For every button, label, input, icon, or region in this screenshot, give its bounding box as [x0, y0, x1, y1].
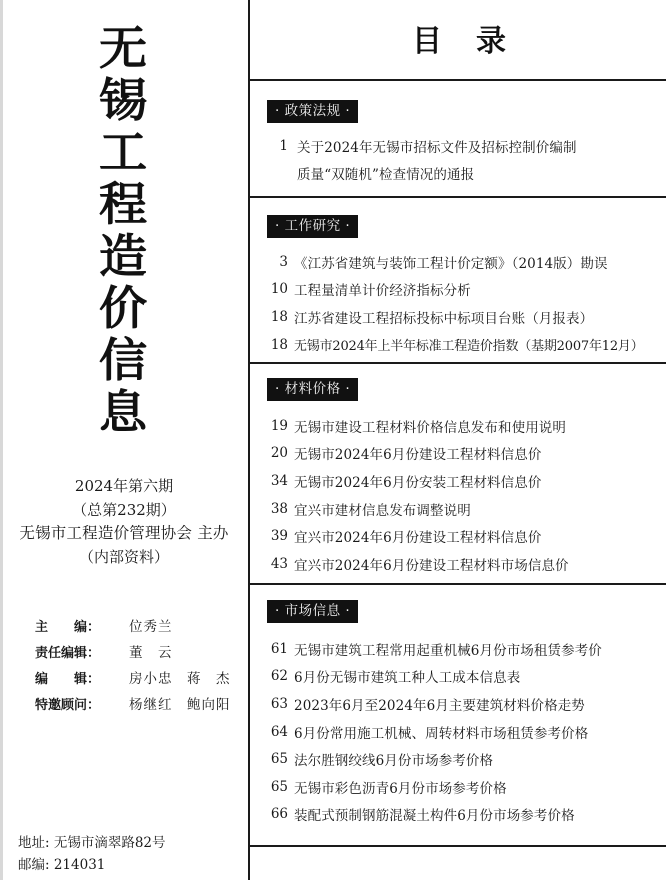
contact-info: 地址: 无锡市滴翠路82号 邮编: 214031: [18, 832, 166, 876]
toc-page-number: 3: [250, 254, 294, 270]
credit-label: 责任编辑：: [35, 642, 129, 661]
toc-item[interactable]: 34 无锡市2024年6月份安装工程材料信息价: [250, 467, 666, 495]
toc-item-continuation[interactable]: 质量“双随机”检查情况的通报: [250, 160, 666, 188]
toc-list: 3 《江苏省建筑与装饰工程计价定额》（2014版）勘误 10 工程量清单计价经济…: [250, 248, 666, 358]
toc-page-number: 34: [250, 473, 294, 489]
credit-row-advisors: 特邀顾问： 杨继红 鲍向阳: [35, 690, 231, 716]
address: 地址: 无锡市滴翠路82号: [18, 832, 166, 854]
postcode: 邮编: 214031: [18, 854, 166, 876]
toc-entry-title: 《江苏省建筑与装饰工程计价定额》（2014版）勘误: [294, 252, 608, 272]
internal-note: （内部资料）: [0, 546, 248, 570]
toc-page-number: 66: [250, 806, 294, 822]
credit-value: 杨继红 鲍向阳: [129, 693, 231, 713]
toc-item[interactable]: 43 宜兴市2024年6月份建设工程材料市场信息价: [250, 550, 666, 578]
toc-entry-title: 6月份无锡市建筑工种人工成本信息表: [294, 666, 520, 686]
toc-entry-title: 质量“双随机”检查情况的通报: [297, 163, 474, 183]
toc-entry-title: 无锡市2024年6月份安装工程材料信息价: [294, 471, 541, 491]
toc-page-number: 64: [250, 724, 294, 740]
toc-item[interactable]: 3 《江苏省建筑与装饰工程计价定额》（2014版）勘误: [250, 248, 666, 276]
toc-list: 1 关于2024年无锡市招标文件及招标控制价编制 质量“双随机”检查情况的通报: [250, 132, 666, 187]
credit-value: 位秀兰: [129, 615, 173, 635]
toc-page-number: 65: [250, 779, 294, 795]
toc-entry-title: 2023年6月至2024年6月主要建筑材料价格走势: [294, 694, 585, 714]
toc-page-number: 65: [250, 751, 294, 767]
toc-entry-title: 无锡市建设工程材料价格信息发布和使用说明: [294, 416, 566, 436]
toc-list: 19 无锡市建设工程材料价格信息发布和使用说明 20 无锡市2024年6月份建设…: [250, 412, 666, 578]
title-char: 息: [99, 386, 147, 438]
toc-page-number: 18: [250, 309, 294, 325]
toc-item[interactable]: 66 装配式预制钢筋混凝土构件6月份市场参考价格: [250, 801, 666, 829]
section-tag: · 市场信息 ·: [267, 600, 358, 623]
toc-page-number: 20: [250, 445, 294, 461]
credit-row-editors: 编 辑： 房小忠 蒋 杰: [35, 664, 231, 690]
toc-item[interactable]: 39 宜兴市2024年6月份建设工程材料信息价: [250, 522, 666, 550]
toc-item[interactable]: 64 6月份常用施工机械、周转材料市场租赁参考价格: [250, 718, 666, 746]
toc-page-number: 43: [250, 556, 294, 572]
toc-item[interactable]: 18 无锡市2024年上半年标准工程造价指数（基期2007年12月）: [250, 331, 666, 359]
toc-item[interactable]: 38 宜兴市建材信息发布调整说明: [250, 495, 666, 523]
toc-page-number: 62: [250, 668, 294, 684]
total-issue-number: （总第232期）: [0, 499, 248, 523]
title-char: 信: [99, 334, 147, 386]
toc-item[interactable]: 63 2023年6月至2024年6月主要建筑材料价格走势: [250, 690, 666, 718]
toc-list: 61 无锡市建筑工程常用起重机械6月份市场租赁参考价 62 6月份无锡市建筑工种…: [250, 635, 666, 828]
toc-entry-title: 6月份常用施工机械、周转材料市场租赁参考价格: [294, 722, 588, 742]
toc-item[interactable]: 18 江苏省建设工程招标投标中标项目台账（月报表）: [250, 303, 666, 331]
page-edge: [0, 0, 3, 880]
toc-item[interactable]: 65 法尔胜钢绞线6月份市场参考价格: [250, 745, 666, 773]
toc-entry-title: 工程量清单计价经济指标分析: [294, 279, 471, 299]
issue-info: 2024年第六期 （总第232期） 无锡市工程造价管理协会 主办 （内部资料）: [0, 475, 248, 569]
toc-item[interactable]: 62 6月份无锡市建筑工种人工成本信息表: [250, 663, 666, 691]
editorial-credits: 主 编： 位秀兰 责任编辑： 董 云 编 辑： 房小忠 蒋 杰 特邀顾问： 杨继…: [35, 612, 231, 716]
toc-item[interactable]: 1 关于2024年无锡市招标文件及招标控制价编制: [250, 132, 666, 160]
toc-entry-title: 宜兴市2024年6月份建设工程材料信息价: [294, 526, 541, 546]
toc-page-number: 18: [250, 337, 294, 353]
toc-section-material-prices: · 材料价格 · 19 无锡市建设工程材料价格信息发布和使用说明 20 无锡市2…: [250, 364, 666, 583]
toc-entry-title: 宜兴市建材信息发布调整说明: [294, 499, 471, 519]
title-char: 锡: [99, 74, 147, 126]
toc-entry-title: 无锡市2024年上半年标准工程造价指数（基期2007年12月）: [294, 335, 644, 354]
toc-page-number: 61: [250, 641, 294, 657]
credit-label: 特邀顾问：: [35, 694, 129, 713]
toc-page-number: 38: [250, 501, 294, 517]
toc-entry-title: 装配式预制钢筋混凝土构件6月份市场参考价格: [294, 804, 575, 824]
cover-column: 无 锡 工 程 造 价 信 息 2024年第六期 （总第232期） 无锡市工程造…: [0, 0, 248, 880]
toc-entry-title: 法尔胜钢绞线6月份市场参考价格: [294, 749, 493, 769]
divider: [250, 845, 666, 847]
credit-value: 房小忠 蒋 杰: [129, 667, 231, 687]
section-tag: · 工作研究 ·: [267, 215, 358, 238]
title-char: 价: [99, 282, 147, 334]
organizer: 无锡市工程造价管理协会 主办: [0, 522, 248, 546]
title-char: 无: [99, 22, 147, 74]
toc-item[interactable]: 20 无锡市2024年6月份建设工程材料信息价: [250, 440, 666, 468]
toc-section-market-info: · 市场信息 · 61 无锡市建筑工程常用起重机械6月份市场租赁参考价 62 6…: [250, 585, 666, 845]
publication-title: 无 锡 工 程 造 价 信 息: [92, 22, 154, 438]
toc-item[interactable]: 61 无锡市建筑工程常用起重机械6月份市场租赁参考价: [250, 635, 666, 663]
section-tag: · 政策法规 ·: [267, 100, 358, 123]
toc-page-number: 63: [250, 696, 294, 712]
table-of-contents: 目录 · 政策法规 · 1 关于2024年无锡市招标文件及招标控制价编制 质量“…: [248, 0, 666, 880]
credit-label: 编 辑：: [35, 668, 129, 687]
title-char: 工: [99, 126, 147, 178]
toc-title: 目录: [250, 0, 666, 80]
title-char: 程: [99, 178, 147, 230]
toc-page-number: 1: [250, 138, 297, 154]
toc-entry-title: 江苏省建设工程招标投标中标项目台账（月报表）: [294, 307, 593, 327]
toc-page-number: 39: [250, 528, 294, 544]
toc-item[interactable]: 65 无锡市彩色沥青6月份市场参考价格: [250, 773, 666, 801]
toc-item[interactable]: 10 工程量清单计价经济指标分析: [250, 276, 666, 304]
credit-label: 主 编：: [35, 616, 129, 635]
toc-section-research: · 工作研究 · 3 《江苏省建筑与装饰工程计价定额》（2014版）勘误 10 …: [250, 198, 666, 362]
toc-page-number: 10: [250, 281, 294, 297]
toc-item[interactable]: 19 无锡市建设工程材料价格信息发布和使用说明: [250, 412, 666, 440]
toc-entry-title: 关于2024年无锡市招标文件及招标控制价编制: [297, 136, 577, 156]
toc-section-policy: · 政策法规 · 1 关于2024年无锡市招标文件及招标控制价编制 质量“双随机…: [250, 81, 666, 197]
issue-number: 2024年第六期: [0, 475, 248, 499]
credit-value: 董 云: [129, 641, 173, 661]
toc-entry-title: 无锡市2024年6月份建设工程材料信息价: [294, 443, 541, 463]
credit-row-responsible-editor: 责任编辑： 董 云: [35, 638, 231, 664]
toc-page-number: 19: [250, 418, 294, 434]
title-char: 造: [99, 230, 147, 282]
section-tag: · 材料价格 ·: [267, 378, 358, 401]
toc-entry-title: 无锡市彩色沥青6月份市场参考价格: [294, 777, 507, 797]
credit-row-chief-editor: 主 编： 位秀兰: [35, 612, 231, 638]
toc-entry-title: 宜兴市2024年6月份建设工程材料市场信息价: [294, 554, 569, 574]
toc-entry-title: 无锡市建筑工程常用起重机械6月份市场租赁参考价: [294, 639, 602, 659]
